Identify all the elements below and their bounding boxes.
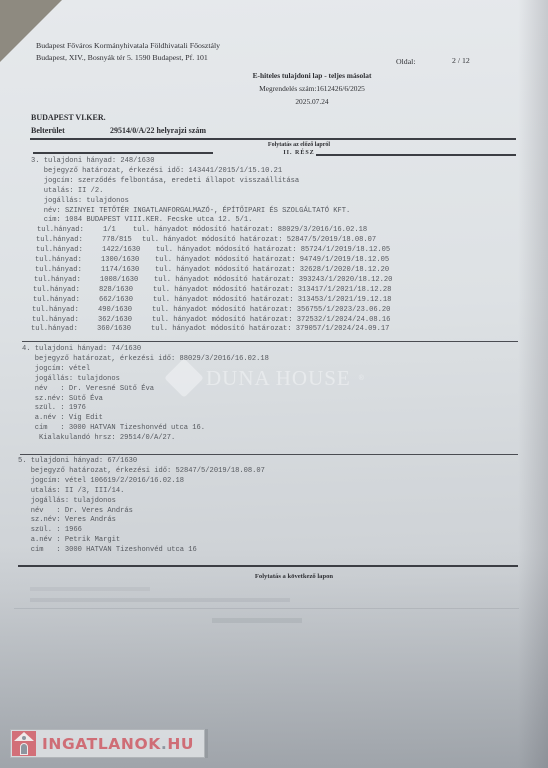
ingatlanok-watermark-badge: INGATLANOK.HU xyxy=(10,729,205,758)
entry-line: név : Dr. Veresné Sütő Éva xyxy=(22,385,269,395)
entry-line: Kialakulandó hrsz: 29514/0/A/27. xyxy=(22,434,269,444)
share-change-list: tul.hányad:1/1tul. hányadot módosító hat… xyxy=(31,226,389,335)
share-value: 828/1630 xyxy=(99,286,153,296)
parcel-number: 29514/0/A/22 helyrajzi szám xyxy=(110,126,206,135)
entry-line: utalás: II /3, III/14. xyxy=(18,487,265,497)
share-label: tul.hányad: xyxy=(33,286,99,296)
page-label: Oldal: xyxy=(396,57,416,66)
share-decision: tul. hányadot módosító határozat: 356755… xyxy=(152,306,390,314)
share-change-row: tul.hányad:662/1630tul. hányadot módosít… xyxy=(33,296,391,306)
entry-line: sz.név: Sütő Éva xyxy=(22,395,269,405)
document-title: E-hiteles tulajdoni lap - teljes másolat xyxy=(0,71,548,80)
share-value: 362/1630 xyxy=(98,316,152,326)
share-label: tul.hányad: xyxy=(34,276,100,286)
share-change-row: tul.hányad:1/1tul. hányadot módosító hat… xyxy=(37,226,395,236)
entry-line: a.név : Petrik Margit xyxy=(18,536,265,546)
share-label: tul.hányad: xyxy=(31,325,97,335)
order-number: Megrendelés szám:1612426/6/2025 xyxy=(0,84,548,93)
entry-line: 5. tulajdoni hányad: 67/1630 xyxy=(18,457,265,467)
share-value: 490/1630 xyxy=(98,306,152,316)
entry-line: szül. : 1966 xyxy=(18,526,265,536)
entry-line: jogállás: tulajdonos xyxy=(22,375,269,385)
entry-divider xyxy=(22,341,518,342)
entry-line: bejegyző határozat, érkezési idő: 52847/… xyxy=(18,467,265,477)
entry-divider xyxy=(20,454,518,455)
entry-line: a.név : Víg Edit xyxy=(22,414,269,424)
entry-line: jogcím: vétel 106619/2/2016/16.02.18 xyxy=(18,477,265,487)
document-page: Budapest Főváros Kormányhivatala Földhiv… xyxy=(0,0,548,768)
share-label: tul.hányad: xyxy=(32,316,98,326)
share-decision: tul. hányadot módosító határozat: 52847/… xyxy=(142,236,376,244)
share-decision: tul. hányadot módosító határozat: 313417… xyxy=(153,286,391,294)
share-change-row: tul.hányad:360/1630tul. hányadot módosít… xyxy=(31,325,389,335)
share-change-row: tul.hányad:1422/1630tul. hányadot módosí… xyxy=(36,246,394,256)
share-decision: tul. hányadot módosító határozat: 32628/… xyxy=(155,266,389,274)
share-decision: tul. hányadot módosító határozat: 85724/… xyxy=(156,246,390,254)
share-label: tul.hányad: xyxy=(36,246,102,256)
entry-line: jogcím: vétel xyxy=(22,365,269,375)
share-label: tul.hányad: xyxy=(33,296,99,306)
share-change-row: tul.hányad:1174/1630tul. hányadot módosí… xyxy=(35,266,393,276)
ingatlanok-text: INGATLANOK.HU xyxy=(42,735,194,753)
share-decision: tul. hányadot módosító határozat: 88029/… xyxy=(133,226,367,234)
entry-line: utalás: II /2. xyxy=(31,187,389,197)
document-date: 2025.07.24 xyxy=(0,97,548,106)
share-value: 662/1630 xyxy=(99,296,153,306)
registered-mark: ® xyxy=(359,375,364,382)
header-divider xyxy=(30,138,516,140)
share-value: 1422/1630 xyxy=(102,246,156,256)
entry-line: jogcím: szerződés felbontása, eredeti ál… xyxy=(31,177,389,187)
continued-from-label: Folytatás az előző lapról xyxy=(0,142,548,148)
entry-line: 4. tulajdoni hányad: 74/1630 xyxy=(22,345,269,355)
office-name: Budapest Főváros Kormányhivatala Földhiv… xyxy=(36,41,220,50)
share-value: 1008/1630 xyxy=(100,276,154,286)
share-change-row: tul.hányad:828/1630tul. hányadot módosít… xyxy=(33,286,391,296)
entry-line: cím : 3000 HATVAN Tizeshonvéd utca 16. xyxy=(22,424,269,434)
share-label: tul.hányad: xyxy=(35,266,101,276)
share-label: tul.hányad: xyxy=(35,256,101,266)
share-decision: tul. hányadot módosító határozat: 94749/… xyxy=(155,256,389,264)
ownership-entry-5: 5. tulajdoni hányad: 67/1630 bejegyző ha… xyxy=(18,457,265,556)
share-change-row: tul.hányad:1300/1630tul. hányadot módosí… xyxy=(35,256,393,266)
share-label: tul.hányad: xyxy=(32,306,98,316)
share-value: 1300/1630 xyxy=(101,256,155,266)
entry-line: név : Dr. Veres András xyxy=(18,507,265,517)
ownership-entry-3: 3. tulajdoni hányad: 248/1630 bejegyző h… xyxy=(31,157,389,335)
page-number: 2 / 12 xyxy=(452,56,470,65)
share-change-row: tul.hányad:1008/1630tul. hányadot módosí… xyxy=(34,276,392,286)
share-label: tul.hányad: xyxy=(37,226,103,236)
entry-line: név: SZINYEI TETŐTÉR INGATLANFORGALMAZÓ-… xyxy=(31,207,389,217)
share-value: 1/1 xyxy=(103,226,133,236)
share-decision: tul. hányadot módosító határozat: 313453… xyxy=(153,296,391,304)
entry-line: bejegyző határozat, érkezési idő: 143441… xyxy=(31,167,389,177)
part-divider-left xyxy=(33,152,213,154)
share-change-row: tul.hányad:362/1630tul. hányadot módosít… xyxy=(32,316,390,326)
share-value: 360/1630 xyxy=(97,325,151,335)
district: BUDAPEST VI.KER. xyxy=(31,113,106,122)
area-type: Belterület xyxy=(31,126,65,135)
share-decision: tul. hányadot módosító határozat: 372532… xyxy=(152,316,390,324)
share-change-row: tul.hányad:778/815tul. hányadot módosító… xyxy=(36,236,394,246)
entry-line: jogállás: tulajdonos xyxy=(18,497,265,507)
entry-line: szül. : 1976 xyxy=(22,404,269,414)
entry-line: jogállás: tulajdonos xyxy=(31,197,389,207)
share-decision: tul. hányadot módosító határozat: 393243… xyxy=(154,276,392,284)
ownership-entry-4: 4. tulajdoni hányad: 74/1630 bejegyző ha… xyxy=(22,345,269,444)
entry-line: bejegyző határozat, érkezési idő: 88029/… xyxy=(22,355,269,365)
share-value: 778/815 xyxy=(102,236,142,246)
house-icon xyxy=(12,731,36,756)
entry-line: 3. tulajdoni hányad: 248/1630 xyxy=(31,157,389,167)
part-divider-right xyxy=(316,154,516,156)
share-change-row: tul.hányad:490/1630tul. hányadot módosít… xyxy=(32,306,390,316)
share-label: tul.hányad: xyxy=(36,236,102,246)
entry-line: sz.név: Veres András xyxy=(18,516,265,526)
share-decision: tul. hányadot módosító határozat: 379057… xyxy=(151,325,389,333)
entry-line: cím: 1084 BUDAPEST VIII.KER. Fecske utca… xyxy=(31,216,389,226)
share-value: 1174/1630 xyxy=(101,266,155,276)
office-address: Budapest, XIV., Bosnyák tér 5. 1590 Buda… xyxy=(36,53,208,62)
